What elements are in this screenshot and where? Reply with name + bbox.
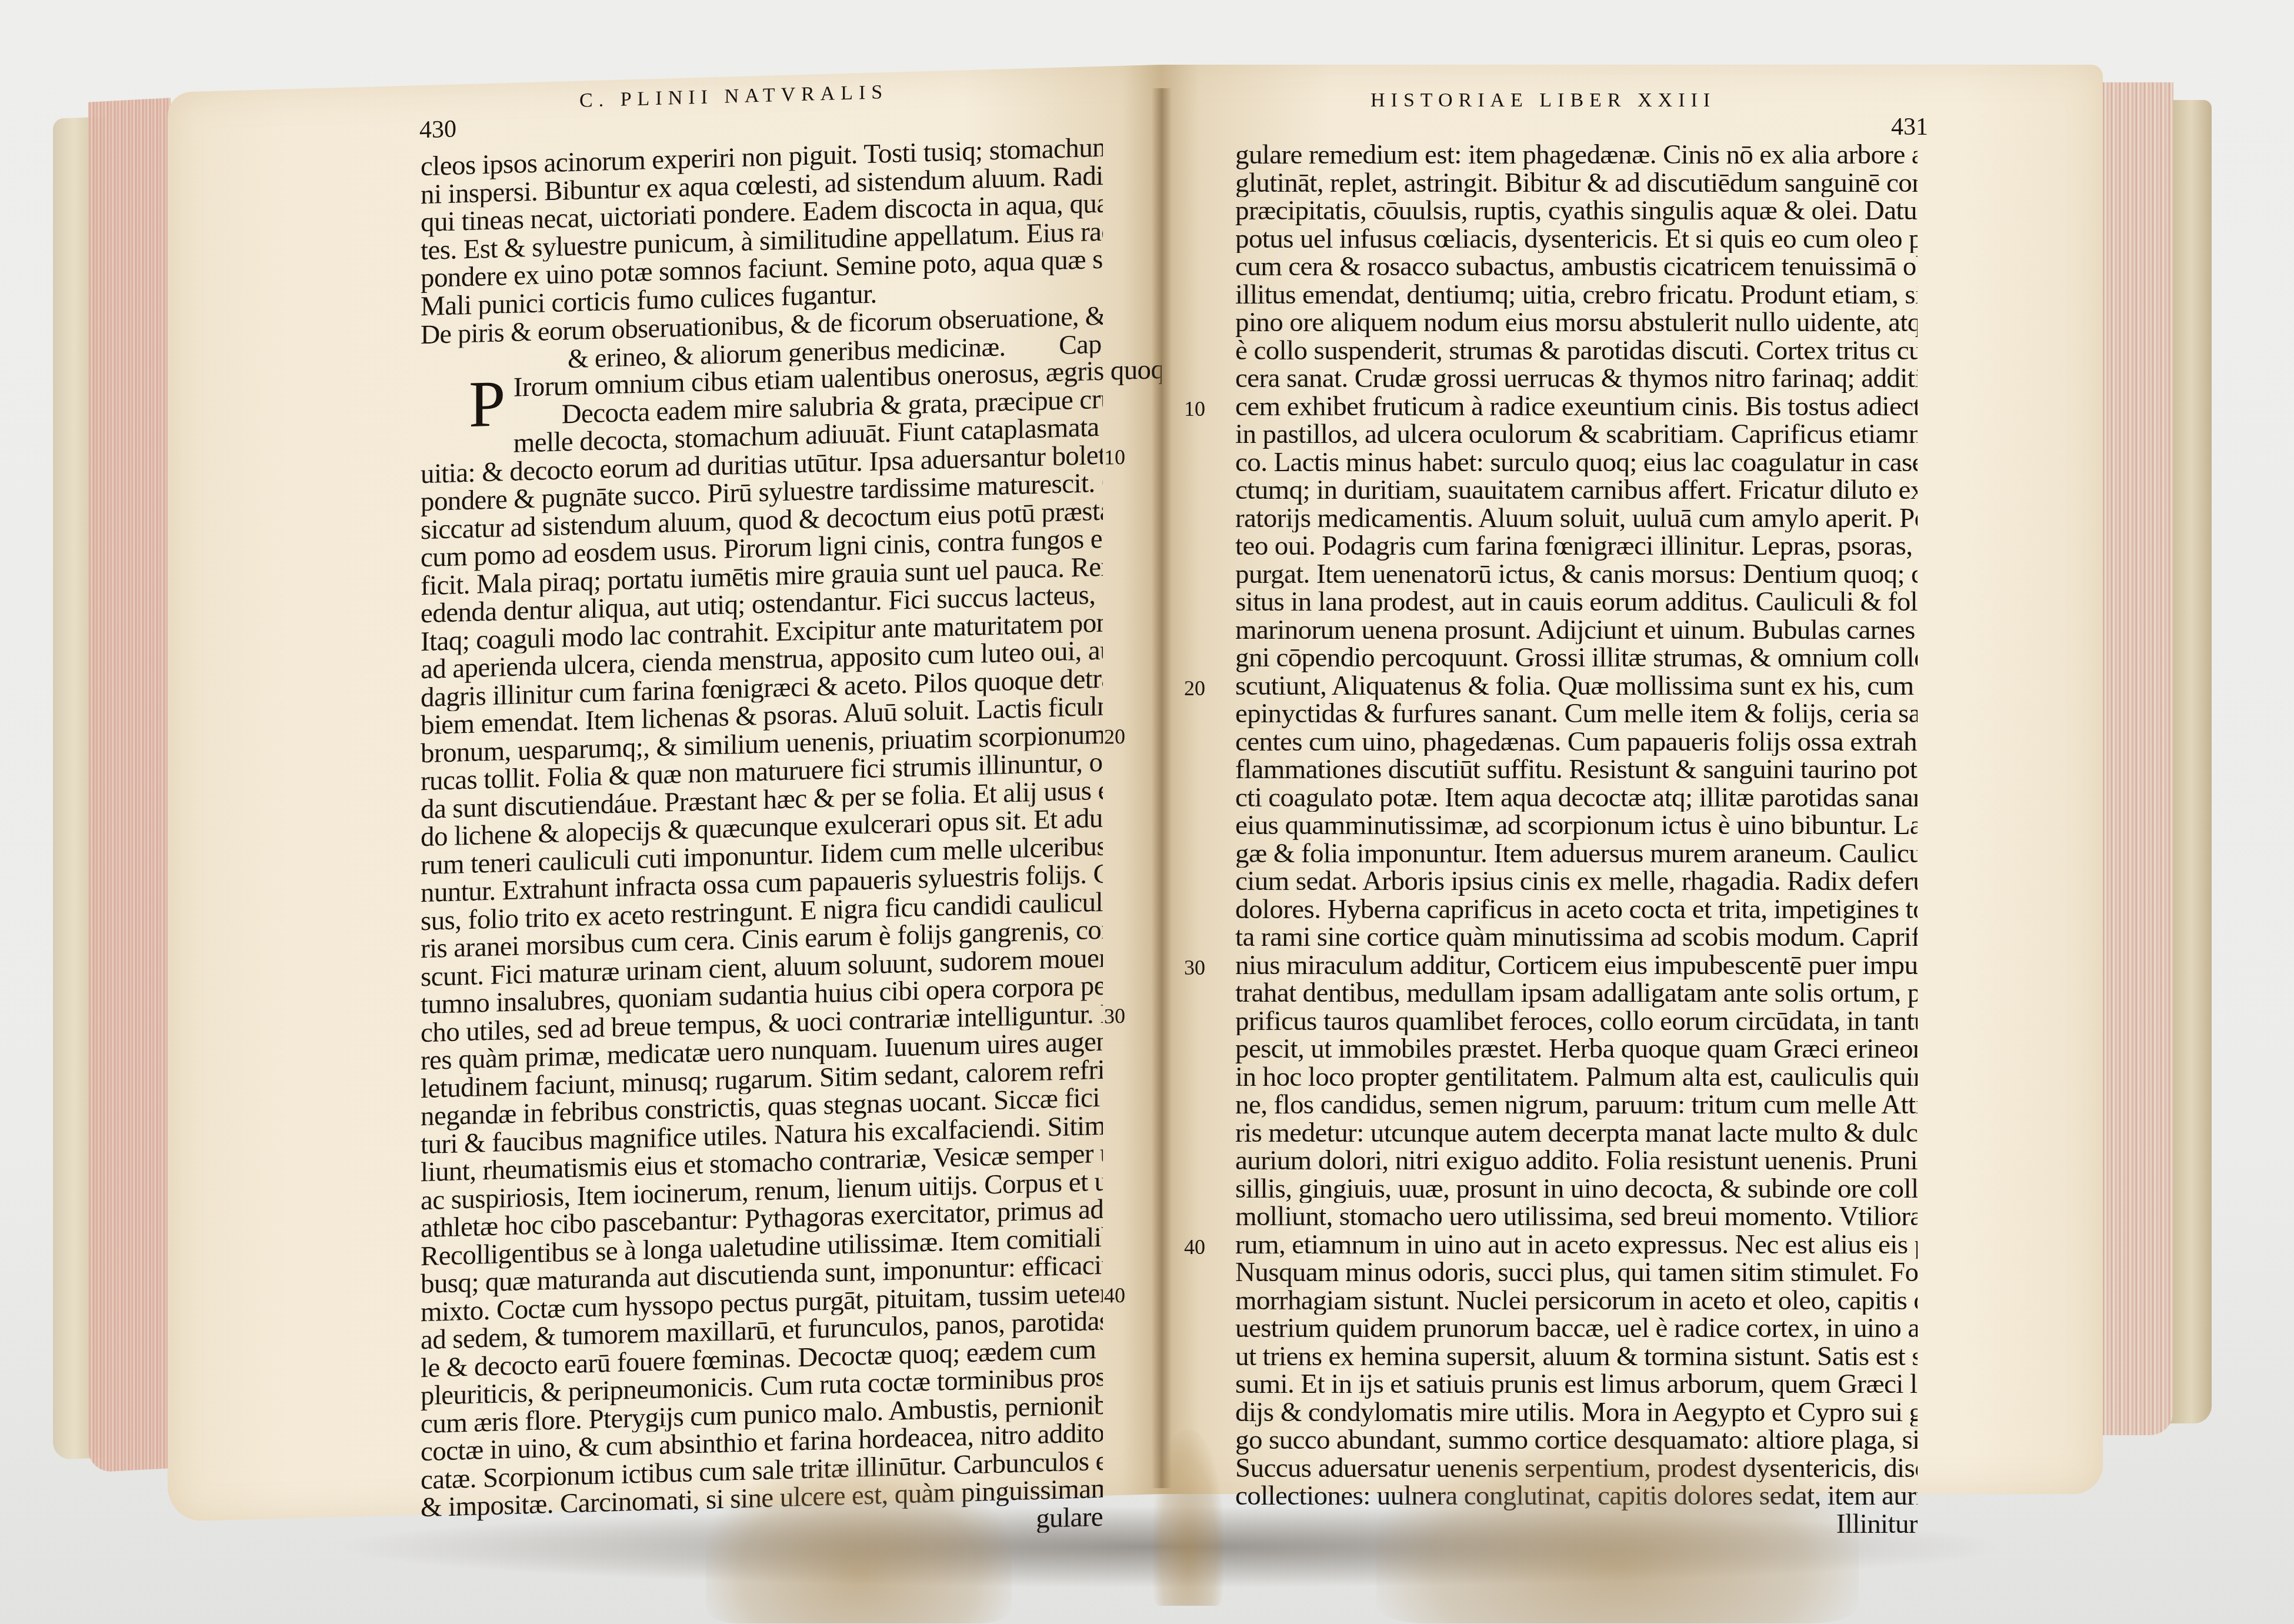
water-stain xyxy=(1376,1435,1859,1623)
text-line: prificus tauros quamlibet feroces, collo… xyxy=(1235,1008,1918,1036)
text-line: ris medetur: utcunque autem decerpta man… xyxy=(1235,1119,1918,1148)
text-line: potus uel infusus cœliacis, dysentericis… xyxy=(1235,225,1918,254)
text-line: dijs & condylomatis mire utilis. Mora in… xyxy=(1235,1399,1918,1427)
right-page: HISTORIAE LIBER XXIII 431 gulare remediu… xyxy=(1162,65,2103,1494)
right-text-block: gulare remedium est: item phagedænæ. Cin… xyxy=(1235,141,1918,1538)
text-line: eius quamminutissimæ, ad scorpionum ictu… xyxy=(1235,812,1918,840)
margin-line-number: 40 xyxy=(1184,1235,1205,1259)
margin-line-number: 40 xyxy=(1104,1282,1125,1308)
text-line: Nusquam minus odoris, succi plus, qui ta… xyxy=(1235,1259,1918,1287)
text-line: cum cera & rosacco subactus, ambustis ci… xyxy=(1235,253,1918,281)
water-stain xyxy=(706,1459,1012,1623)
page-number-right: 431 xyxy=(1891,113,1928,141)
text-line: præcipitatis, cōuulsis, ruptis, cyathis … xyxy=(1235,197,1918,225)
margin-line-number: 30 xyxy=(1104,1003,1125,1028)
text-line: situs in lana prodest, aut in cauis eoru… xyxy=(1235,588,1918,616)
text-line: epinyctidas & furfures sanant. Cum melle… xyxy=(1235,700,1918,728)
text-line: co. Lactis minus habet: surculo quoq; ei… xyxy=(1235,449,1918,477)
text-line: nius miraculum additur, Corticem eius im… xyxy=(1235,952,1918,980)
page-number-left: 430 xyxy=(419,115,456,144)
text-line: in hoc loco propter gentilitatem. Palmum… xyxy=(1235,1063,1918,1092)
text-line: gni cōpendio percoquunt. Grossi illitæ s… xyxy=(1235,644,1918,672)
text-line: aurium dolori, nitri exiguo addito. Foli… xyxy=(1235,1147,1918,1175)
chapter-label: Cap. VII xyxy=(1059,329,1103,359)
text-line: ut triens ex hemina supersit, aluum & to… xyxy=(1235,1343,1918,1371)
text-line: in pastillos, ad ulcera oculorum & scabr… xyxy=(1235,421,1918,449)
text-line: purgat. Item uenenatorū ictus, & canis m… xyxy=(1235,561,1918,589)
text-line: scutiunt, Aliquatenus & folia. Quæ molli… xyxy=(1235,672,1918,701)
text-line: trahat dentibus, medullam ipsam adalliga… xyxy=(1235,979,1918,1008)
text-line: sumi. Et in ijs et satiuis prunis est li… xyxy=(1235,1370,1918,1399)
drop-cap: P xyxy=(469,376,505,432)
text-line: è collo suspenderit, strumas & parotidas… xyxy=(1235,337,1918,365)
text-line: ratorijs medicamentis. Aluum soluit, uul… xyxy=(1235,505,1918,533)
text-line: uestrium quidem prunorum baccæ, uel è ra… xyxy=(1235,1315,1918,1343)
text-line: teo oui. Podagris cum farina fœnigræci i… xyxy=(1235,532,1918,561)
text-line: cti coagulato potæ. Item aqua decoctæ at… xyxy=(1235,784,1918,812)
text-line: marinorum uenena prosunt. Adijciunt et u… xyxy=(1235,616,1918,645)
text-line: pescit, ut immobiles præstet. Herba quoq… xyxy=(1235,1035,1918,1063)
text-line: glutināt, replet, astringit. Bibitur & a… xyxy=(1235,169,1918,198)
margin-line-number: 20 xyxy=(1104,723,1125,749)
margin-line-number: 20 xyxy=(1184,676,1205,701)
text-line: cem exhibet fruticum à radice exeuntium … xyxy=(1235,393,1918,421)
text-line: cera sanat. Crudæ grossi uerrucas & thym… xyxy=(1235,365,1918,393)
margin-line-number: 10 xyxy=(1104,444,1125,469)
text-line: ne, flos candidus, semen nigrum, paruum:… xyxy=(1235,1091,1918,1119)
text-line: cium sedat. Arboris ipsius cinis ex mell… xyxy=(1235,868,1918,896)
text-line: gæ & folia imponuntur. Item aduersus mur… xyxy=(1235,840,1918,868)
text-line: centes cum uino, phagedænas. Cum papauer… xyxy=(1235,728,1918,756)
text-line: ctumq; in duritiam, suauitatem carnibus … xyxy=(1235,476,1918,505)
text-line: morrhagiam sistunt. Nuclei persicorum in… xyxy=(1235,1287,1918,1315)
text-line: molliunt, stomacho uero utilissima, sed … xyxy=(1235,1203,1918,1231)
margin-line-number: 10 xyxy=(1184,396,1205,421)
binding-right xyxy=(2170,100,2212,1423)
text-line: gulare remedium est: item phagedænæ. Cin… xyxy=(1235,141,1918,169)
text-line: illitus emendat, dentiumq; uitia, crebro… xyxy=(1235,281,1918,309)
text-line: ta rami sine cortice quàm minutissima ad… xyxy=(1235,923,1918,952)
text-line: pino ore aliquem nodum eius morsu abstul… xyxy=(1235,309,1918,337)
left-page: C. PLINII NATVRALIS 430 cleos ipsos acin… xyxy=(168,65,1162,1522)
margin-line-number: 30 xyxy=(1184,955,1205,980)
text-line: dolores. Hyberna caprificus in aceto coc… xyxy=(1235,896,1918,924)
water-stain xyxy=(1153,1429,1223,1606)
gutter-shadow xyxy=(1152,88,1172,1488)
page-edges-right xyxy=(2097,82,2173,1435)
running-head-right: HISTORIAE LIBER XXIII xyxy=(1371,89,1716,112)
page-edges-left xyxy=(88,98,171,1472)
running-head-left: C. PLINII NATVRALIS xyxy=(579,81,888,112)
text-line: rum, etiamnum in uino aut in aceto expre… xyxy=(1235,1231,1918,1259)
text-line: sillis, gingiuis, uuæ, prosunt in uino d… xyxy=(1235,1175,1918,1203)
left-text-block: cleos ipsos acinorum experiri non piguit… xyxy=(421,134,1103,1550)
text-line: flammationes discutiūt suffitu. Resistun… xyxy=(1235,756,1918,784)
